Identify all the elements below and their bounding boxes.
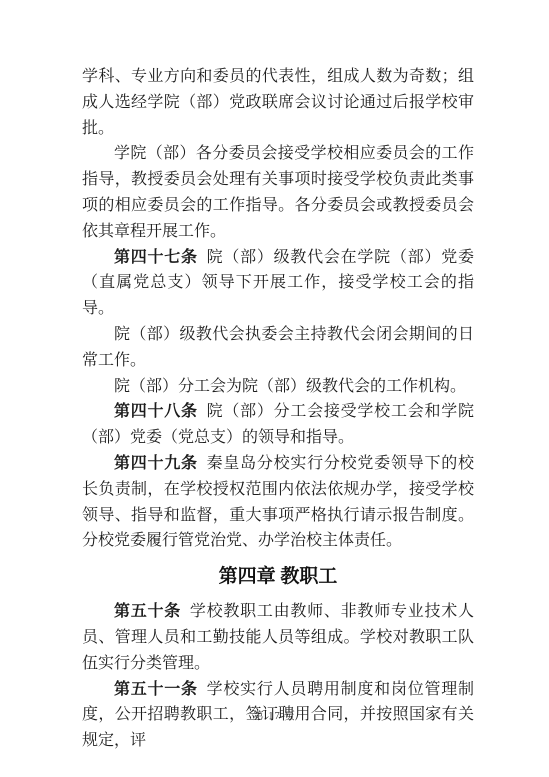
article-paragraph: 第四十九条秦皇岛分校实行分校党委领导下的校长负责制，在学校授权范围内依法依规办学…	[82, 451, 474, 554]
page-number: 第 17 页	[0, 708, 549, 723]
chapter-heading: 第四章 教职工	[82, 563, 474, 590]
body-paragraph: 院（部）级教代会执委会主持教代会闭会期间的日常工作。	[82, 322, 474, 374]
body-paragraph: 学院（部）各分委员会接受学校相应委员会的工作指导，教授委员会处理有关事项时接受学…	[82, 141, 474, 244]
article-paragraph: 第五十条学校教职工由教师、非教师专业技术人员、管理人员和工勤技能人员等组成。学校…	[82, 599, 474, 676]
body-paragraph: 院（部）分工会为院（部）级教代会的工作机构。	[82, 374, 474, 400]
article-number: 第四十八条	[114, 403, 198, 420]
article-number: 第五十条	[114, 603, 181, 620]
article-number: 第五十一条	[114, 681, 198, 698]
document-page: 学科、专业方向和委员的代表性，组成人数为奇数；组成人选经学院（部）党政联席会议讨…	[0, 0, 549, 777]
document-body: 学科、专业方向和委员的代表性，组成人数为奇数；组成人选经学院（部）党政联席会议讨…	[82, 64, 474, 754]
article-paragraph: 第四十七条院（部）级教代会在学院（部）党委（直属党总支）领导下开展工作，接受学校…	[82, 245, 474, 322]
article-paragraph: 第四十八条院（部）分工会接受学校工会和学院（部）党委（党总支）的领导和指导。	[82, 399, 474, 451]
article-number: 第四十九条	[114, 455, 198, 472]
body-paragraph: 学科、专业方向和委员的代表性，组成人数为奇数；组成人选经学院（部）党政联席会议讨…	[82, 64, 474, 141]
article-number: 第四十七条	[114, 249, 198, 266]
